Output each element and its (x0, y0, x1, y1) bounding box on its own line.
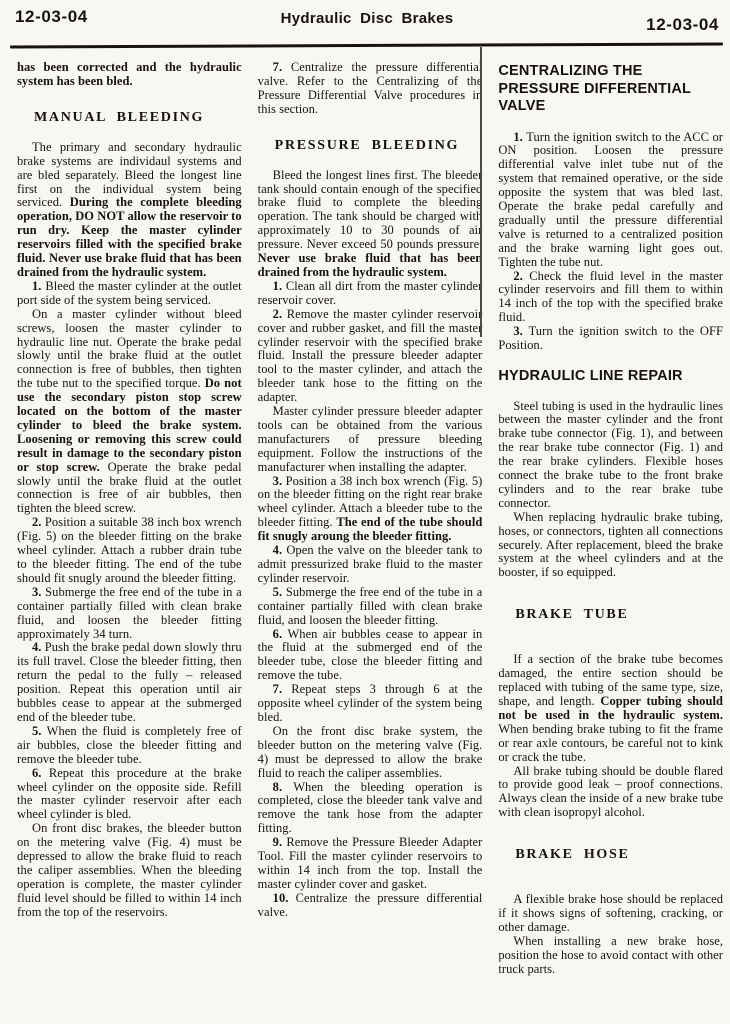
column-divider-rule (480, 47, 482, 337)
paragraph: 5. Submerge the free end of the tube in … (258, 586, 483, 628)
manual-page: 12-03-04 Hydraulic Disc Brakes 12-03-04 … (0, 0, 730, 1024)
paragraph: When replacing hydraulic brake tubing, h… (498, 511, 723, 581)
column-center: 7. Centralize the pressure differential … (258, 61, 483, 977)
paragraph: 3. Turn the ignition switch to the OFF P… (498, 325, 723, 353)
section-heading: BRAKE HOSE (515, 847, 723, 862)
section-heading: CENTRALIZING THE PRESSURE DIFFERENTIAL V… (498, 63, 723, 116)
paragraph: 1. Clean all dirt from the master cylind… (258, 280, 483, 308)
paragraph: 6. Repeat this procedure at the brake wh… (17, 767, 242, 823)
paragraph: If a section of the brake tube becomes d… (498, 653, 723, 764)
paragraph: On a master cylinder without bleed screw… (17, 308, 242, 517)
section-heading: MANUAL BLEEDING (34, 110, 242, 125)
paragraph: 4. Open the valve on the bleeder tank to… (258, 544, 483, 586)
page-header: 12-03-04 Hydraulic Disc Brakes 12-03-04 (15, 7, 719, 27)
paragraph: 7. Centralize the pressure differential … (258, 61, 483, 117)
paragraph: has been corrected and the hydraulic sys… (17, 61, 242, 89)
paragraph: 10. Centralize the pressure differential… (258, 892, 483, 920)
column-left: has been corrected and the hydraulic sys… (17, 61, 242, 977)
paragraph: 1. Turn the ignition switch to the ACC o… (498, 131, 723, 270)
paragraph: Steel tubing is used in the hydraulic li… (498, 400, 723, 511)
page-number-left: 12-03-04 (15, 7, 88, 27)
paragraph: 9. Remove the Pressure Bleeder Adapter T… (258, 836, 483, 892)
paragraph: 8. When the bleeding operation is comple… (258, 781, 483, 837)
paragraph: 3. Submerge the free end of the tube in … (17, 586, 242, 642)
paragraph: 6. When air bubbles cease to appear in t… (258, 628, 483, 684)
paragraph: 1. Bleed the master cylinder at the outl… (17, 280, 242, 308)
section-heading: BRAKE TUBE (515, 607, 723, 622)
paragraph: On the front disc brake system, the blee… (258, 725, 483, 781)
paragraph: A flexible brake hose should be replaced… (498, 893, 723, 935)
paragraph: 5. When the fluid is completely free of … (17, 725, 242, 767)
column-right: CENTRALIZING THE PRESSURE DIFFERENTIAL V… (498, 61, 723, 977)
paragraph: 7. Repeat steps 3 through 6 at the oppos… (258, 683, 483, 725)
paragraph: When installing a new brake hose, positi… (498, 935, 723, 977)
header-rule (10, 42, 723, 48)
paragraph: 2. Position a suitable 38 inch box wrenc… (17, 516, 242, 586)
page-number-right: 12-03-04 (646, 15, 719, 35)
text-columns: has been corrected and the hydraulic sys… (17, 61, 723, 977)
paragraph: 4. Push the brake pedal down slowly thru… (17, 641, 242, 724)
paragraph: On front disc brakes, the bleeder button… (17, 822, 242, 919)
paragraph: Bleed the longest lines first. The bleed… (258, 169, 483, 280)
paragraph: 3. Position a 38 inch box wrench (Fig. 5… (258, 475, 483, 545)
section-heading: PRESSURE BLEEDING (275, 138, 483, 153)
paragraph: All brake tubing should be double flared… (498, 765, 723, 821)
paragraph: The primary and secondary hydraulic brak… (17, 141, 242, 280)
paragraph: 2. Check the fluid level in the master c… (498, 270, 723, 326)
paragraph: Master cylinder pressure bleeder adapter… (258, 405, 483, 475)
paragraph: 2. Remove the master cylinder reservoir … (258, 308, 483, 405)
section-heading: HYDRAULIC LINE REPAIR (498, 368, 723, 386)
page-title: Hydraulic Disc Brakes (88, 10, 646, 27)
